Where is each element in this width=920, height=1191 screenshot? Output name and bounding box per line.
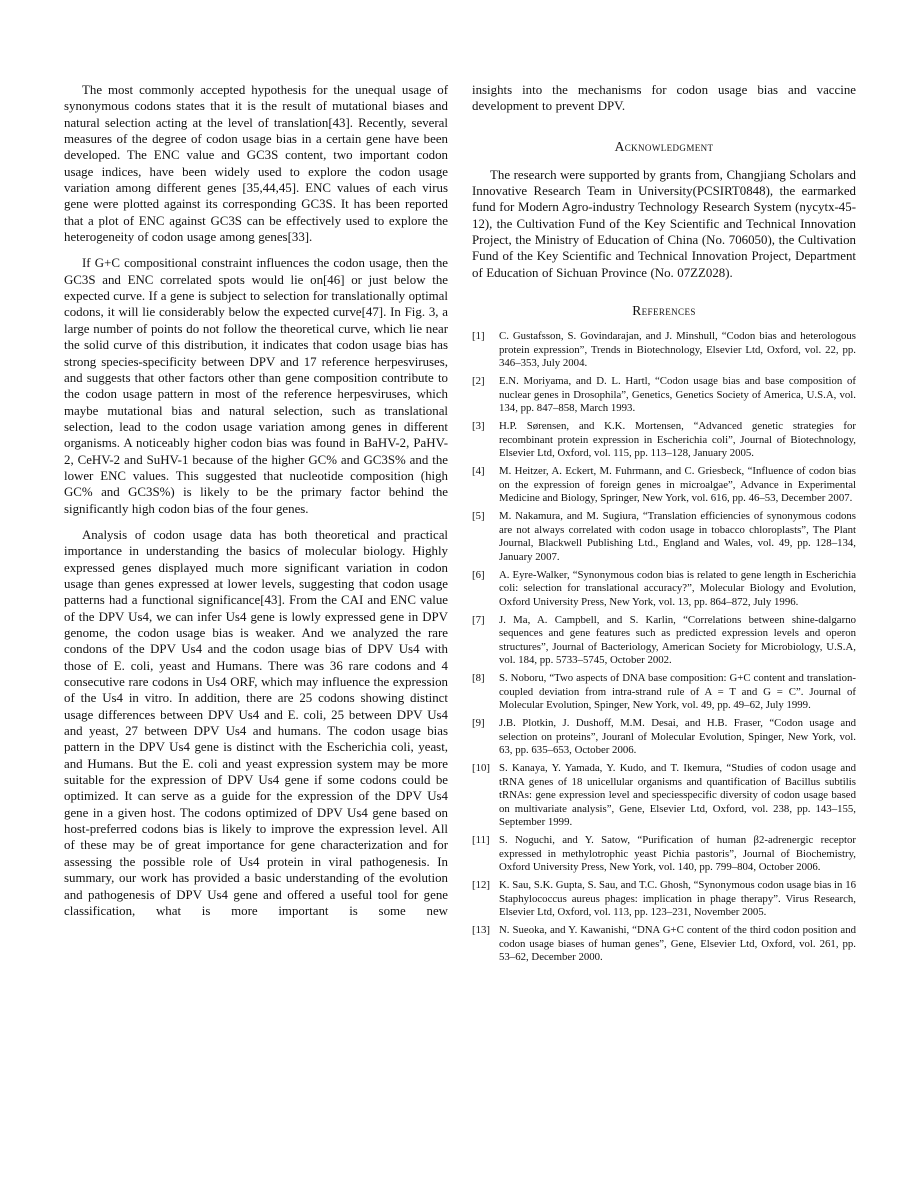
reference-label: [1] (472, 330, 485, 344)
reference-text: S. Kanaya, Y. Yamada, Y. Kudo, and T. Ik… (499, 762, 856, 828)
reference-item: [11] S. Noguchi, and Y. Satow, “Purifica… (472, 834, 856, 875)
reference-item: [8] S. Noboru, “Two aspects of DNA base … (472, 672, 856, 713)
acknowledgment-heading: Acknowledgment (472, 139, 856, 155)
paragraph-analysis: Analysis of codon usage data has both th… (64, 527, 448, 919)
document-page: The most commonly accepted hypothesis fo… (0, 0, 920, 1191)
reference-item: [9] J.B. Plotkin, J. Dushoff, M.M. Desai… (472, 717, 856, 758)
references-heading: References (472, 303, 856, 319)
reference-label: [8] (472, 672, 485, 686)
reference-label: [5] (472, 510, 485, 524)
reference-label: [7] (472, 614, 485, 628)
reference-label: [2] (472, 375, 485, 389)
two-column-layout: The most commonly accepted hypothesis fo… (64, 82, 856, 969)
reference-text: S. Noboru, “Two aspects of DNA base comp… (499, 672, 856, 711)
reference-text: A. Eyre-Walker, “Synonymous codon bias i… (499, 569, 856, 608)
acknowledgment-body: The research were supported by grants fr… (472, 167, 856, 281)
reference-item: [5] M. Nakamura, and M. Sugiura, “Transl… (472, 510, 856, 564)
reference-text: J. Ma, A. Campbell, and S. Karlin, “Corr… (499, 614, 856, 667)
reference-label: [13] (472, 924, 490, 938)
reference-item: [3] H.P. Sørensen, and K.K. Mortensen, “… (472, 420, 856, 461)
reference-item: [10] S. Kanaya, Y. Yamada, Y. Kudo, and … (472, 762, 856, 830)
reference-label: [12] (472, 879, 490, 893)
reference-label: [10] (472, 762, 490, 776)
reference-item: [1] C. Gustafsson, S. Govindarajan, and … (472, 330, 856, 371)
reference-label: [3] (472, 420, 485, 434)
reference-text: H.P. Sørensen, and K.K. Mortensen, “Adva… (499, 420, 856, 459)
reference-text: K. Sau, S.K. Gupta, S. Sau, and T.C. Gho… (499, 879, 856, 918)
right-column: insights into the mechanisms for codon u… (472, 82, 856, 969)
reference-text: S. Noguchi, and Y. Satow, “Purification … (499, 834, 856, 873)
reference-text: M. Heitzer, A. Eckert, M. Fuhrmann, and … (499, 465, 856, 504)
paragraph-hypothesis: The most commonly accepted hypothesis fo… (64, 82, 448, 245)
reference-text: N. Sueoka, and Y. Kawanishi, “DNA G+C co… (499, 924, 856, 963)
reference-item: [12] K. Sau, S.K. Gupta, S. Sau, and T.C… (472, 879, 856, 920)
reference-item: [2] E.N. Moriyama, and D. L. Hartl, “Cod… (472, 375, 856, 416)
paragraph-continuation: insights into the mechanisms for codon u… (472, 82, 856, 115)
reference-label: [6] (472, 569, 485, 583)
paragraph-gc-constraint: If G+C compositional constraint influenc… (64, 255, 448, 517)
reference-text: C. Gustafsson, S. Govindarajan, and J. M… (499, 330, 856, 369)
reference-item: [7] J. Ma, A. Campbell, and S. Karlin, “… (472, 614, 856, 668)
references-list: [1] C. Gustafsson, S. Govindarajan, and … (472, 330, 856, 965)
reference-item: [6] A. Eyre-Walker, “Synonymous codon bi… (472, 569, 856, 610)
reference-label: [9] (472, 717, 485, 731)
reference-label: [11] (472, 834, 490, 848)
left-column: The most commonly accepted hypothesis fo… (64, 82, 448, 969)
reference-label: [4] (472, 465, 485, 479)
reference-text: E.N. Moriyama, and D. L. Hartl, “Codon u… (499, 375, 856, 414)
reference-item: [13] N. Sueoka, and Y. Kawanishi, “DNA G… (472, 924, 856, 965)
reference-item: [4] M. Heitzer, A. Eckert, M. Fuhrmann, … (472, 465, 856, 506)
reference-text: M. Nakamura, and M. Sugiura, “Translatio… (499, 510, 856, 563)
reference-text: J.B. Plotkin, J. Dushoff, M.M. Desai, an… (499, 717, 856, 756)
